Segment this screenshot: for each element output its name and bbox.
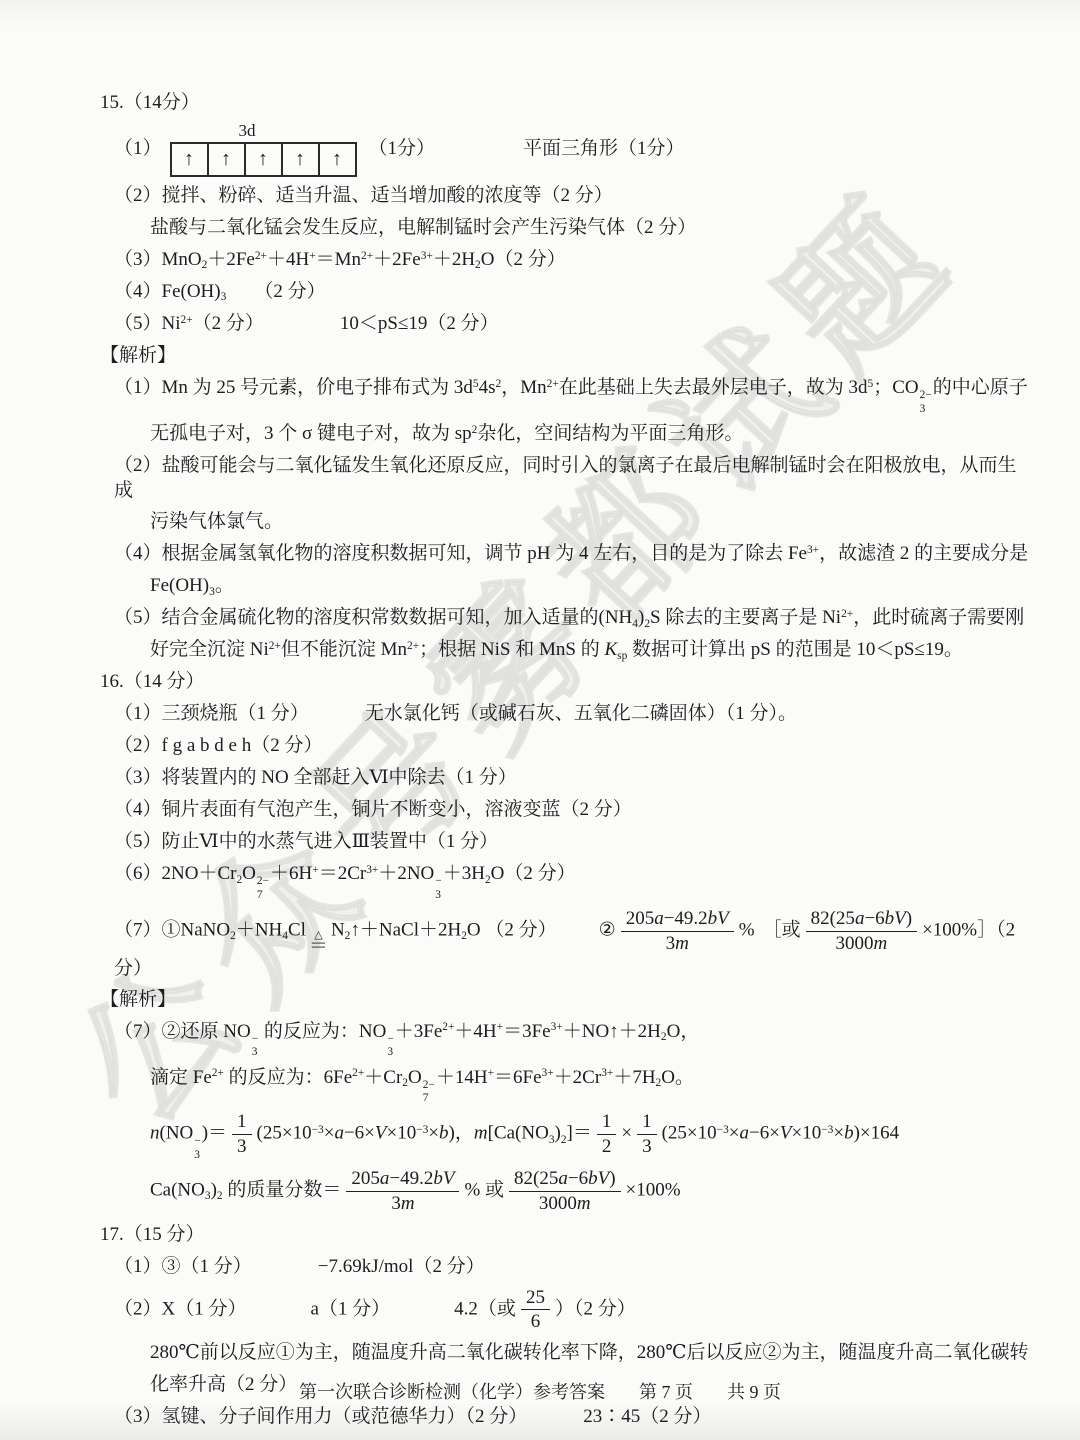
gap-spacer [390, 1313, 454, 1314]
italic-variable: a [739, 1123, 749, 1144]
heated-equals-icon: △＝ [309, 930, 328, 956]
italic-variable: b [439, 1123, 449, 1144]
text-run: ＋4H [454, 1021, 496, 1042]
text-run: ，故滤渣 2 的主要成分是 [819, 543, 1028, 564]
stacked-charge-script: 2−7 [423, 1080, 435, 1105]
subscript: 4 [282, 930, 288, 942]
italic-variable: V [780, 1123, 792, 1144]
text-run: 205 [351, 1168, 380, 1189]
text-run: N [331, 920, 345, 941]
text-run: 在此基础上失去最外层电子，故为 3d [559, 377, 868, 398]
superscript: −3 [821, 1124, 833, 1136]
text-run: −6 [568, 1168, 588, 1189]
text-run: 2 [602, 1136, 612, 1157]
italic-variable: V [375, 1123, 387, 1144]
subscript: 7 [257, 890, 263, 901]
text-run: 3 [666, 933, 676, 954]
superscript: − [194, 1136, 200, 1147]
fraction-denominator: 3000m [830, 932, 892, 956]
text-run: 污染气体氯气。 [150, 511, 283, 532]
answer-line: n(NO−3)＝13(25×10−3×a−6×V×10−3×b)，m[Ca(NO… [100, 1110, 1030, 1161]
superscript: 2+ [212, 1067, 224, 1079]
text-run: （5）Ni [114, 313, 181, 334]
text-run: Cl [288, 920, 306, 941]
superscript: 2 [472, 424, 478, 436]
text-run: ↑＋NaCl＋2H [350, 920, 461, 941]
text-run: O [242, 863, 256, 884]
text-run: 82(25 [811, 908, 855, 929]
fraction: 205a−49.2bV3m [346, 1167, 459, 1216]
footer-title: 第一次联合诊断检测（化学）参考答案 [299, 1378, 605, 1404]
answer-line: （4）铜片表面有气泡产生，铜片不断变小，溶液变蓝（2 分） [100, 797, 1030, 823]
answer-line: （1）3d↑↑↑↑↑（1分）平面三角形（1分） [100, 122, 1030, 177]
italic-variable: m [675, 933, 689, 954]
fraction-numerator: 205a−49.2bV [621, 907, 734, 932]
superscript: 2+ [407, 640, 419, 652]
superscript: − [435, 876, 441, 887]
italic-variable: bV [588, 1168, 609, 1189]
subscript: 7 [423, 1093, 429, 1104]
text-run: 280℃前以反应①为主，随温度升高二氧化碳转化率下降，280℃后以反应②为主，随… [150, 1342, 1029, 1363]
text-run: ）（2 分） [555, 1298, 636, 1319]
text-run: 的反应为：NO [259, 1021, 386, 1042]
superscript: 2 [496, 378, 502, 390]
text-run: ，Mn [501, 377, 546, 398]
text-run: )＝ [202, 1123, 227, 1144]
italic-variable: a [334, 1123, 344, 1144]
gap-spacer [246, 1313, 310, 1314]
text-run: O。 [661, 1067, 694, 1088]
text-run: O（2 分） [481, 249, 566, 270]
superscript: 5 [868, 378, 874, 390]
answer-line: （3）氢键、分子间作用力（或范德华力）（2 分）23∶45（2 分） [100, 1404, 1030, 1430]
answer-line: 污染气体氯气。 [100, 509, 1030, 535]
orbital-box: ↑ [244, 142, 283, 177]
text-run: 3000 [539, 1193, 577, 1214]
text-run: ＋2Fe [207, 249, 255, 270]
text-run: ＝2Cr [319, 863, 367, 884]
text-run: 205 [626, 908, 655, 929]
text-run: ＋6H [270, 863, 312, 884]
text-run: （4）根据金属氢氧化物的溶度积数据可知，调节 pH 为 4 左右，目的是为了除去… [114, 543, 807, 564]
subscript: sp [617, 650, 627, 662]
text-run: 滴定 Fe [150, 1067, 212, 1088]
subscript: 2 [402, 1077, 408, 1089]
fraction: 13 [232, 1110, 252, 1159]
subscript: 2 [202, 259, 208, 271]
stacked-charge-script: −3 [252, 1034, 258, 1059]
text-run: ×100% [626, 1180, 681, 1201]
fraction: 13 [637, 1110, 657, 1159]
answer-line: （4）Fe(OH)3（2 分） [100, 279, 1030, 305]
text-run: 16.（14 分） [100, 671, 205, 692]
answer-line: Ca(NO3)2 的质量分数＝205a−49.2bV3m% 或82(25a−6b… [100, 1167, 1030, 1216]
stacked-charge-script: −3 [435, 876, 441, 901]
superscript: 2+ [269, 640, 281, 652]
up-arrow-icon: ↑ [184, 146, 194, 172]
subscript: 4 [632, 618, 638, 630]
answer-line: 滴定 Fe2+ 的反应为：6Fe2+＋Cr2O2−7＋14H+＝6Fe3+＋2C… [100, 1065, 1030, 1105]
superscript: − [252, 1034, 258, 1045]
subscript: 3 [252, 1047, 258, 1058]
subscript: 3 [205, 1190, 211, 1202]
superscript: −3 [416, 1124, 428, 1136]
answer-line: 盐酸与二氧化锰会发生反应，电解制锰时会产生污染气体（2 分） [100, 215, 1030, 241]
footer-page-number: 第 7 页 [639, 1378, 693, 1404]
gap-spacer [264, 328, 340, 329]
fraction-denominator: 3m [661, 932, 694, 956]
gap-spacer [755, 935, 763, 936]
subscript: 2 [656, 1077, 662, 1089]
text-run: （5）防止Ⅵ中的水蒸气进入Ⅲ装置中（1 分） [114, 831, 498, 852]
text-run: （2）搅拌、粉碎、适当升温、适当增加酸的浓度等（2 分） [114, 185, 613, 206]
italic-variable: K [604, 639, 617, 660]
superscript: 2+ [547, 378, 559, 390]
gap-spacer [226, 296, 254, 297]
text-run: ＋2Fe [373, 249, 421, 270]
fraction-denominator: 3 [637, 1135, 657, 1159]
gap-spacer [435, 153, 523, 154]
fraction: 82(25a−6bV)3000m [806, 907, 917, 956]
superscript: −3 [717, 1124, 729, 1136]
italic-variable: a [558, 1168, 568, 1189]
text-run: （7）②还原 NO [114, 1021, 251, 1042]
superscript: − [387, 1034, 393, 1045]
superscript: 5 [473, 378, 479, 390]
text-run: ＋Cr [364, 1067, 402, 1088]
answer-line: 16.（14 分） [100, 669, 1030, 695]
subscript: 3 [221, 291, 227, 303]
text-run: O （2 分） [467, 920, 557, 941]
text-run: 平面三角形（1分） [523, 138, 685, 159]
gap-spacer [252, 1271, 318, 1272]
answer-line: （7）①NaNO2＋NH4Cl△＝N2↑＋NaCl＋2H2O （2 分）②205… [100, 907, 1030, 981]
italic-variable: b [844, 1123, 854, 1144]
fraction-numerator: 1 [597, 1110, 617, 1135]
superscript: 3+ [551, 1021, 563, 1033]
answer-line: （5）防止Ⅵ中的水蒸气进入Ⅲ装置中（1 分） [100, 829, 1030, 855]
text-run: S 除去的主要离子是 Ni [650, 607, 841, 628]
text-run: （1）③（1 分） [114, 1256, 252, 1277]
stacked-charge-script: 2−7 [257, 876, 269, 901]
subscript: 2 [230, 930, 236, 942]
superscript: + [309, 250, 315, 262]
text-run: （2）f g a b d e h（2 分） [114, 735, 322, 756]
text-run: 15.（14分） [100, 92, 200, 113]
superscript: + [312, 864, 318, 876]
answer-line: 【解析】 [100, 987, 1030, 1013]
superscript: 3+ [366, 864, 378, 876]
text-run: 1 [642, 1111, 652, 1132]
answer-line: （2）盐酸可能会与二氧化锰发生氧化还原反应，同时引入的氯离子在最后电解制锰时会在… [100, 453, 1030, 503]
subscript: 2 [661, 1031, 667, 1043]
text-run: ；CO [873, 377, 918, 398]
text-run: ② [599, 920, 616, 941]
text-run: 6 [531, 1311, 541, 1332]
subscript: 2 [236, 874, 242, 886]
superscript: 2+ [352, 1067, 364, 1079]
text-run: ＋4H [267, 249, 309, 270]
text-run: 【解析】 [100, 345, 176, 366]
gap-spacer [309, 718, 365, 719]
text-run: ＋3Fe [395, 1021, 443, 1042]
text-run: O [408, 1067, 422, 1088]
text-run: 3000 [835, 933, 873, 954]
orbital-box: ↑ [207, 142, 246, 177]
text-run: ＝3Fe [503, 1021, 551, 1042]
italic-variable: m [474, 1123, 488, 1144]
text-run: 1 [602, 1111, 612, 1132]
answer-line: 好完全沉淀 Ni2+但不能沉淀 Mn2+；根据 NiS 和 MnS 的 Ksp … [100, 637, 1030, 663]
answer-line: （1）Mn 为 25 号元素，价电子排布式为 3d54s2，Mn2+在此基础上失… [100, 375, 1030, 415]
footer-total-pages: 共 9 页 [727, 1378, 781, 1404]
text-run: (NO [160, 1123, 194, 1144]
superscript: 2+ [361, 250, 373, 262]
text-run: ＋3H [443, 863, 485, 884]
text-run: ＝6Fe [494, 1067, 542, 1088]
text-run: 的反应为：6Fe [224, 1067, 352, 1088]
fraction-numerator: 1 [232, 1110, 252, 1135]
italic-variable: bV [885, 908, 906, 929]
text-run: ×10 [386, 1123, 416, 1144]
text-run: 无孤电子对，3 个 σ 键电子对，故为 sp [150, 423, 472, 444]
italic-variable: a [855, 908, 865, 929]
text-run: % [739, 920, 755, 941]
up-arrow-icon: ↑ [295, 146, 305, 172]
text-run: （4）Fe(OH) [114, 281, 221, 302]
superscript: + [497, 1021, 503, 1033]
subscript: 3 [194, 1150, 200, 1161]
answer-line: （6）2NO＋Cr2O2−7＋6H+＝2Cr3+＋2NO−3＋3H2O（2 分） [100, 861, 1030, 901]
superscript: 3+ [807, 544, 819, 556]
answer-line: （5）结合金属硫化物的溶度积常数数据可知，加入适量的(NH4)2S 除去的主要离… [100, 605, 1030, 631]
text-run: −49.2 [389, 1168, 433, 1189]
text-run: 。 [215, 575, 234, 596]
text-run: （2）盐酸可能会与二氧化锰发生氧化还原反应，同时引入的氯离子在最后电解制锰时会在… [114, 455, 1017, 501]
text-run: 82(25 [514, 1168, 558, 1189]
text-run: （5）结合金属硫化物的溶度积常数数据可知，加入适量的(NH [114, 607, 632, 628]
superscript: 3+ [421, 250, 433, 262]
text-run: ，此时硫离子需要刚 [853, 607, 1024, 628]
equals-sign: ＝ [309, 937, 328, 956]
text-run: （3）将装置内的 NO 全部赶入Ⅵ中除去（1 分） [114, 767, 517, 788]
answer-line: （3）MnO2＋2Fe2+＋4H+＝Mn2+＋2Fe3+＋2H2O（2 分） [100, 247, 1030, 273]
stacked-charge-script: −3 [387, 1034, 393, 1059]
text-run: ＋2H [433, 249, 475, 270]
italic-variable: n [150, 1123, 160, 1144]
text-run: （2 分） [193, 313, 264, 334]
text-run: 3 [391, 1193, 401, 1214]
answer-line: 15.（14分） [100, 90, 1030, 116]
superscript: 2− [920, 390, 932, 401]
fraction: 12 [597, 1110, 617, 1159]
superscript: 3+ [542, 1067, 554, 1079]
text-run: 好完全沉淀 Ni [150, 639, 269, 660]
fraction-denominator: 3000m [534, 1192, 596, 1216]
text-run: ＋2Cr [554, 1067, 602, 1088]
subscript: 2 [461, 930, 467, 942]
text-run: O， [667, 1021, 700, 1042]
text-run: ) [211, 1180, 217, 1201]
fraction-numerator: 205a−49.2bV [346, 1167, 459, 1192]
answer-line: （1）三颈烧瓶（1 分）无水氯化钙（或碱石灰、五氧化二磷固体）（1 分）。 [100, 701, 1030, 727]
text-run: × [621, 1123, 632, 1144]
text-run: )×164 [854, 1123, 900, 1144]
fraction: 205a−49.2bV3m [621, 907, 734, 956]
text-run: 4s [479, 377, 496, 398]
text-run: −6× [344, 1123, 375, 1144]
superscript: 2+ [841, 608, 853, 620]
italic-variable: m [401, 1193, 415, 1214]
subscript: 2 [485, 874, 491, 886]
text-run: ［或 [763, 920, 801, 941]
subscript: 2 [644, 618, 650, 630]
subscript: 3 [387, 1047, 393, 1058]
text-run: ) [609, 1168, 615, 1189]
italic-variable: a [654, 908, 664, 929]
answer-line: 17.（15 分） [100, 1222, 1030, 1248]
text-run: （1）Mn 为 25 号元素，价电子排布式为 3d [114, 377, 473, 398]
text-run: 1 [237, 1111, 247, 1132]
fraction-numerator: 82(25a−6bV) [509, 1167, 620, 1192]
answer-line: （1）③（1 分）−7.69kJ/mol（2 分） [100, 1254, 1030, 1280]
italic-variable: a [380, 1168, 390, 1189]
answer-line: 280℃前以反应①为主，随温度升高二氧化碳转化率下降，280℃后以反应②为主，随… [100, 1340, 1030, 1366]
text-run: （1） [114, 138, 162, 159]
answer-line: （5）Ni2+（2 分）10＜pS≤19（2 分） [100, 311, 1030, 337]
answer-line: （7）②还原 NO−3 的反应为：NO−3＋3Fe2+＋4H+＝3Fe3+＋NO… [100, 1019, 1030, 1059]
text-run: 数据可计算出 pS 的范围是 10＜pS≤19。 [627, 639, 963, 660]
italic-variable: m [577, 1193, 591, 1214]
text-run: × [729, 1123, 740, 1144]
text-run: （3）氢键、分子间作用力（或范德华力）（2 分） [114, 1406, 527, 1427]
text-run: 的质量分数＝ [223, 1180, 342, 1201]
text-run: 无水氯化钙（或碱石灰、五氧化二磷固体）（1 分）。 [365, 703, 797, 724]
text-run: （1分） [369, 138, 436, 159]
text-run: 但不能沉淀 Mn [281, 639, 407, 660]
answer-line: 【解析】 [100, 343, 1030, 369]
text-run: (25×10 [662, 1123, 717, 1144]
text-run: −6 [864, 908, 884, 929]
italic-variable: m [873, 933, 887, 954]
gap-spacer [557, 935, 599, 936]
subscript: 3 [209, 586, 215, 598]
superscript: 2− [423, 1080, 435, 1091]
fraction-denominator: 3 [232, 1135, 252, 1159]
text-run: ＋NO↑＋2H [563, 1021, 661, 1042]
italic-variable: bV [708, 908, 729, 929]
text-run: O（2 分） [491, 863, 576, 884]
fraction: 82(25a−6bV)3000m [509, 1167, 620, 1216]
text-run: ＋NH [236, 920, 282, 941]
text-run: ＋2NO [378, 863, 434, 884]
superscript: 3+ [601, 1067, 613, 1079]
subscript: 3 [920, 404, 926, 415]
orbital-diagram: 3d↑↑↑↑↑ [170, 122, 357, 177]
text-run: 【解析】 [100, 989, 176, 1010]
text-run: ×10 [792, 1123, 822, 1144]
text-run: ) [906, 908, 912, 929]
text-run: 23∶45（2 分） [583, 1406, 711, 1427]
fraction: 256 [521, 1286, 550, 1335]
superscript: 2+ [181, 314, 193, 326]
text-run: 的中心原子 [933, 377, 1028, 398]
stacked-charge-script: 2−3 [920, 390, 932, 415]
text-run: × [324, 1123, 335, 1144]
subscript: 2 [345, 930, 351, 942]
answer-line: 无孤电子对，3 个 σ 键电子对，故为 sp2杂化，空间结构为平面三角形。 [100, 421, 1030, 447]
text-run: 25 [526, 1287, 545, 1308]
text-run: ]＝ [567, 1123, 592, 1144]
text-run: （2 分） [254, 281, 325, 302]
answer-line: Fe(OH)3。 [100, 573, 1030, 599]
text-run: × [833, 1123, 844, 1144]
subscript: 3 [549, 1134, 555, 1146]
text-run: )， [449, 1123, 474, 1144]
subscript: 2 [475, 259, 481, 271]
text-run: ＋14H [436, 1067, 488, 1088]
answer-line: （2）f g a b d e h（2 分） [100, 733, 1030, 759]
text-run: ) [555, 1123, 561, 1144]
orbital-box: ↑ [281, 142, 320, 177]
stacked-charge-script: −3 [194, 1136, 200, 1161]
text-run: a（1 分） [310, 1298, 390, 1319]
answer-content: 15.（14分）（1）3d↑↑↑↑↑（1分）平面三角形（1分）（2）搅拌、粉碎、… [100, 90, 1030, 1436]
italic-variable: bV [433, 1168, 454, 1189]
text-run: Fe(OH) [150, 575, 209, 596]
text-run: （1）三颈烧瓶（1 分） [114, 703, 309, 724]
page-footer: 第一次联合诊断检测（化学）参考答案 第 7 页 共 9 页 [0, 1378, 1080, 1404]
fraction-denominator: 2 [597, 1135, 617, 1159]
text-run: （3）MnO [114, 249, 202, 270]
text-run: −7.69kJ/mol（2 分） [318, 1256, 485, 1277]
text-run: 3 [237, 1136, 247, 1157]
subscript: 3 [435, 890, 441, 901]
fraction-denominator: 6 [526, 1310, 546, 1334]
orbital-box: ↑ [318, 142, 357, 177]
answer-line: （3）将装置内的 NO 全部赶入Ⅵ中除去（1 分） [100, 765, 1030, 791]
subscript: 2 [217, 1190, 223, 1202]
text-run: −6× [749, 1123, 780, 1144]
text-run: (25×10 [257, 1123, 312, 1144]
answer-line: （4）根据金属氢氧化物的溶度积数据可知，调节 pH 为 4 左右，目的是为了除去… [100, 541, 1030, 567]
text-run: Ca(NO [150, 1180, 205, 1201]
fraction-numerator: 25 [521, 1286, 550, 1311]
superscript: 2+ [442, 1021, 454, 1033]
text-run: 3 [642, 1136, 652, 1157]
up-arrow-icon: ↑ [332, 146, 342, 172]
text-run: （4）铜片表面有气泡产生，铜片不断变小，溶液变蓝（2 分） [114, 799, 632, 820]
text-run: −49.2 [664, 908, 708, 929]
text-run: % 或 [464, 1180, 504, 1201]
page: 公众号雾都试题 15.（14分）（1）3d↑↑↑↑↑（1分）平面三角形（1分）（… [0, 0, 1080, 1440]
text-run: [Ca(NO [488, 1123, 549, 1144]
superscript: −3 [312, 1124, 324, 1136]
fraction-numerator: 1 [637, 1110, 657, 1135]
superscript: + [488, 1067, 494, 1079]
text-run: ；根据 NiS 和 MnS 的 [419, 639, 604, 660]
gap-spacer [527, 1421, 583, 1422]
answer-line: （2）搅拌、粉碎、适当升温、适当增加酸的浓度等（2 分） [100, 183, 1030, 209]
orbital-label: 3d [239, 122, 256, 139]
up-arrow-icon: ↑ [258, 146, 268, 172]
text-run: ＝Mn [316, 249, 361, 270]
text-run: （2）X（1 分） [114, 1298, 246, 1319]
up-arrow-icon: ↑ [221, 146, 231, 172]
orbital-box-row: ↑↑↑↑↑ [170, 142, 357, 177]
text-run: 杂化，空间结构为平面三角形。 [477, 423, 743, 444]
subscript: 2 [561, 1134, 567, 1146]
